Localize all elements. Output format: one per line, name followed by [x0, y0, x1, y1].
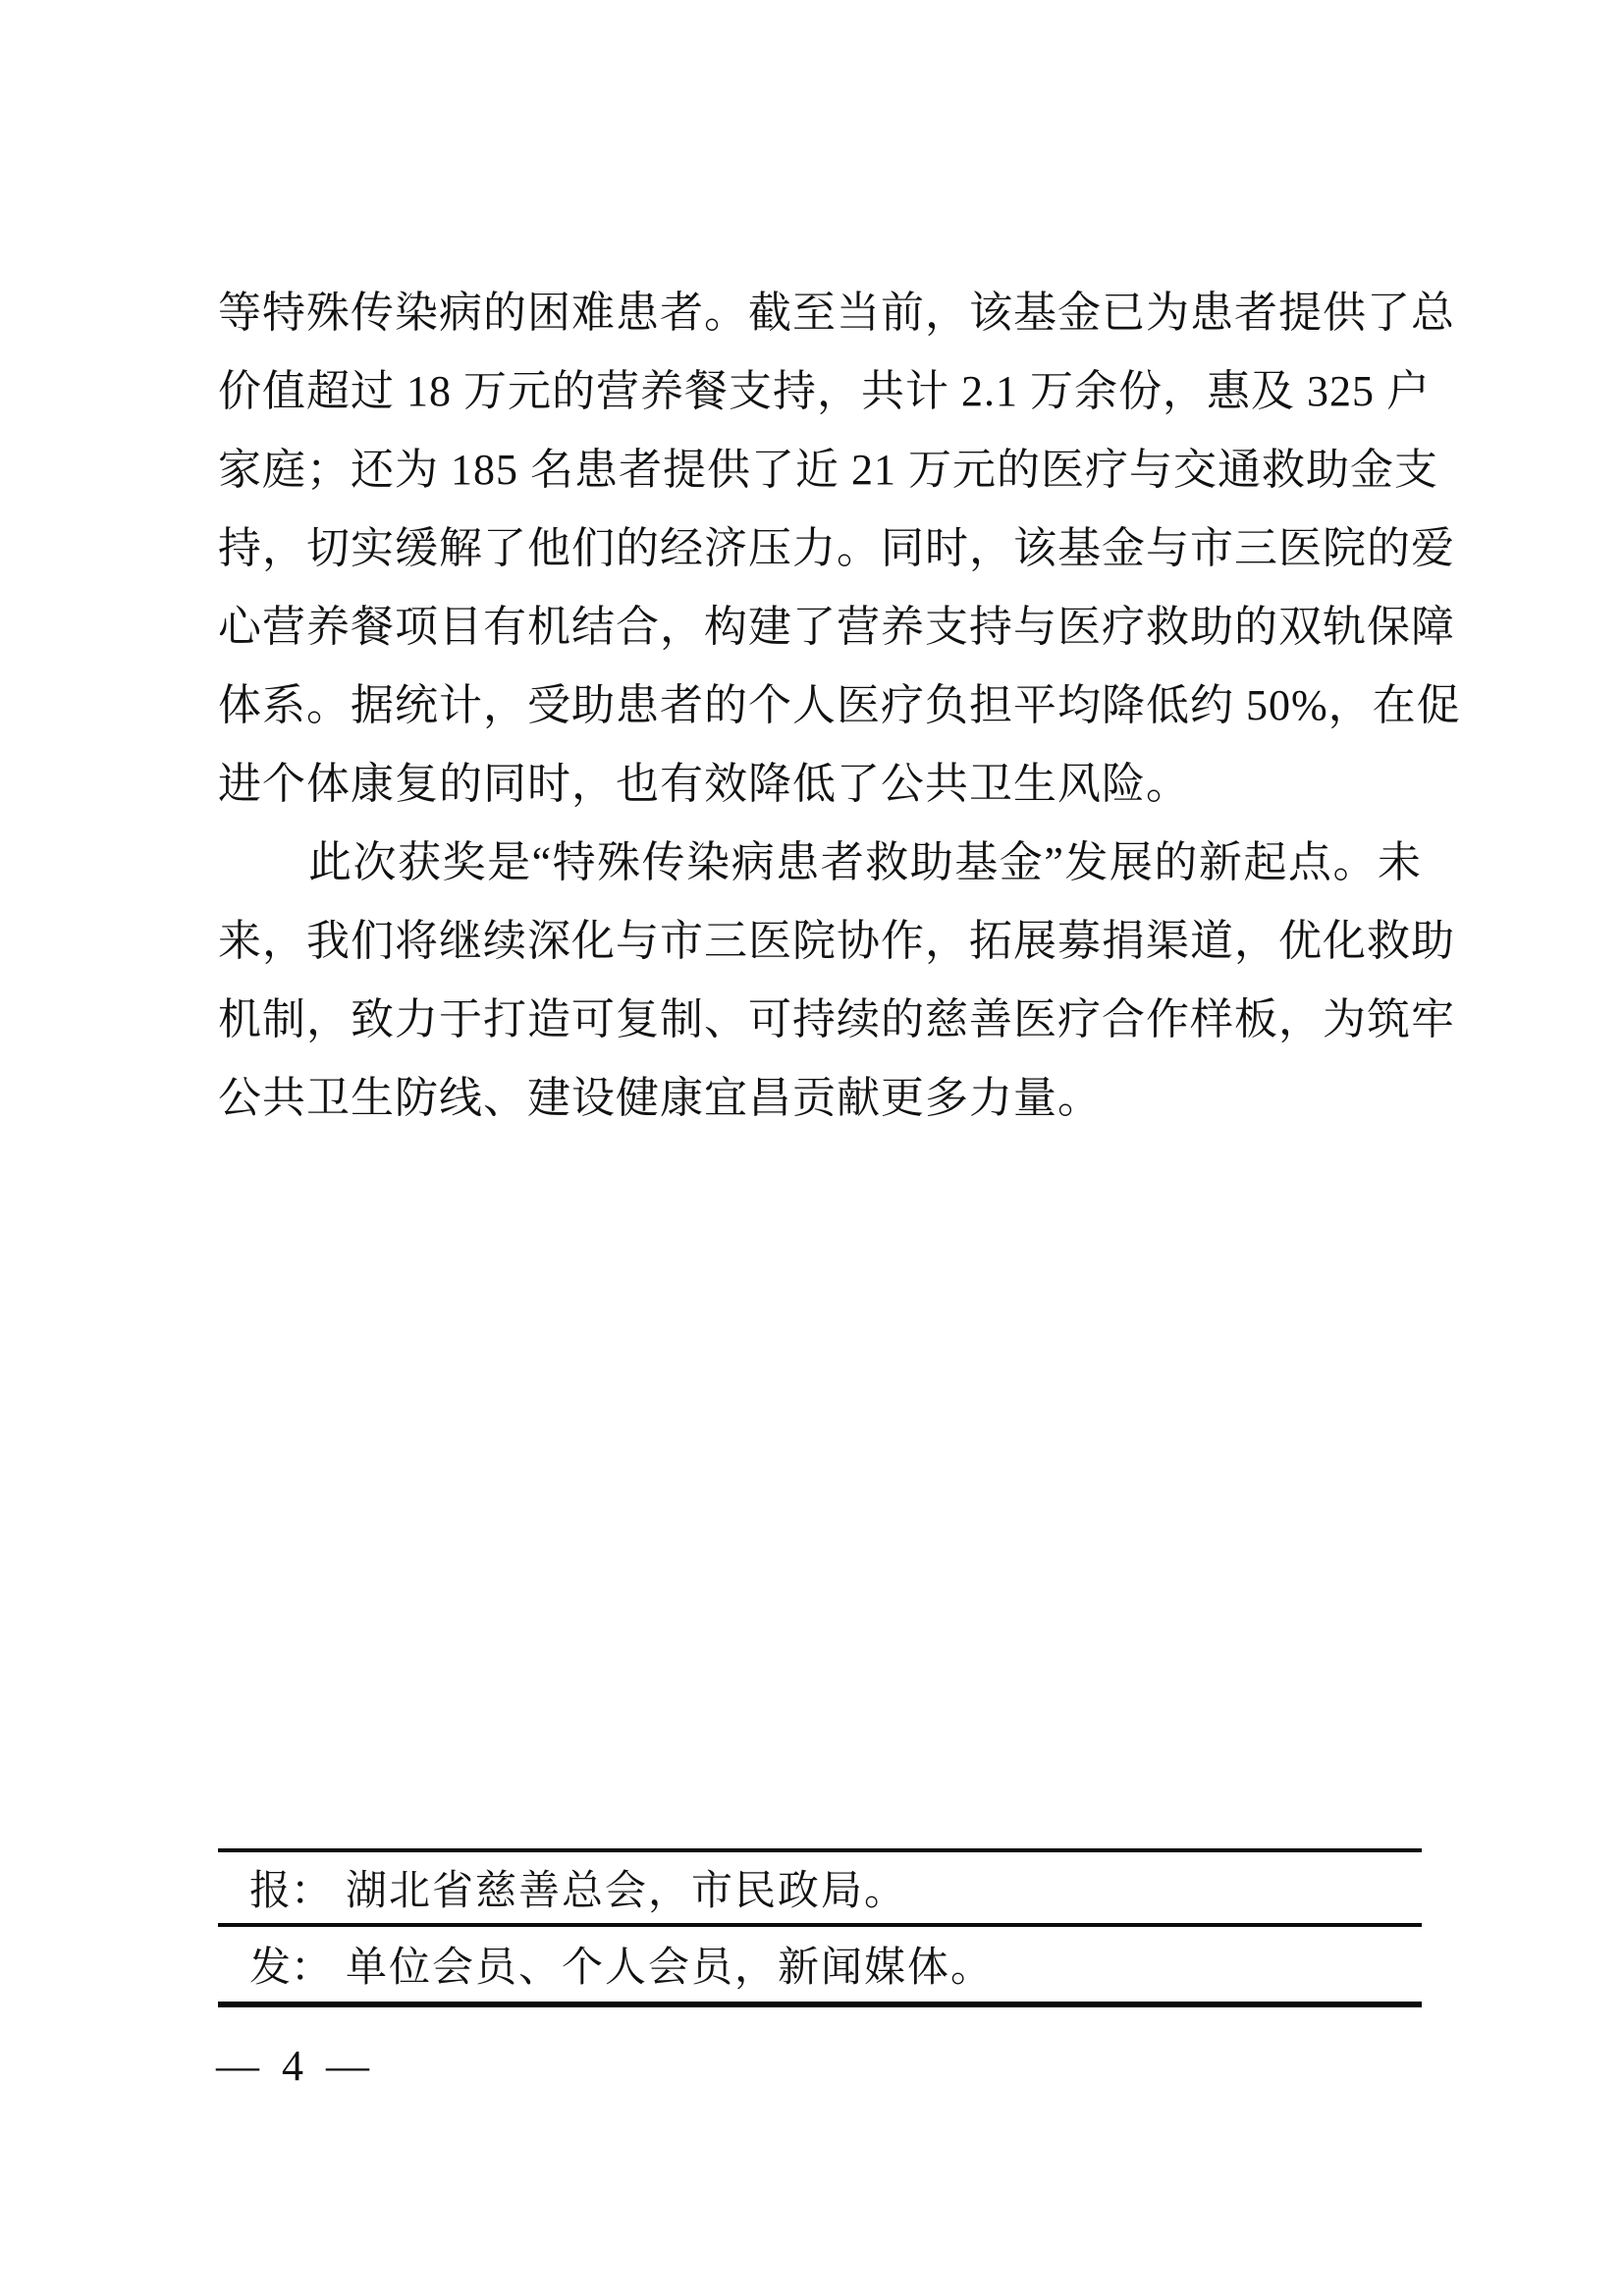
issued-to-label: 发：	[249, 1935, 332, 1994]
body-line: 来，我们将继续深化与市三医院协作，拓展募捐渠道，优化救助	[218, 902, 1422, 981]
body-line: 价值超过 18 万元的营养餐支持，共计 2.1 万余份，惠及 325 户	[218, 352, 1422, 431]
body-line: 等特殊传染病的困难患者。截至当前，该基金已为患者提供了总	[218, 274, 1422, 352]
report-to-row: 报： 湖北省慈善总会，市民政局。	[218, 1852, 1422, 1927]
body-line: 持，切实缓解了他们的经济压力。同时，该基金与市三医院的爱	[218, 509, 1422, 588]
body-line: 家庭；还为 185 名患者提供了近 21 万元的医疗与交通救助金支	[218, 431, 1422, 509]
issued-to-text: 单位会员、个人会员，新闻媒体。	[346, 1935, 994, 1994]
body-line: 体系。据统计，受助患者的个人医疗负担平均降低约 50%，在促	[218, 667, 1422, 745]
body-line-paragraph-end: 进个体康复的同时，也有效降低了公共卫生风险。	[218, 745, 1422, 824]
page-number: — 4 —	[216, 2045, 375, 2088]
document-page: 等特殊传染病的困难患者。截至当前，该基金已为患者提供了总 价值超过 18 万元的…	[0, 0, 1624, 2296]
issued-to-row: 发： 单位会员、个人会员，新闻媒体。	[218, 1927, 1422, 2002]
body-line-paragraph-end: 公共卫生防线、建设健康宜昌贡献更多力量。	[218, 1059, 1422, 1138]
document-body: 等特殊传染病的困难患者。截至当前，该基金已为患者提供了总 价值超过 18 万元的…	[218, 274, 1422, 1138]
distribution-block: 报： 湖北省慈善总会，市民政局。 发： 单位会员、个人会员，新闻媒体。	[218, 1848, 1422, 2007]
report-to-label: 报：	[249, 1858, 332, 1917]
report-to-text: 湖北省慈善总会，市民政局。	[346, 1858, 907, 1917]
body-line: 机制，致力于打造可复制、可持续的慈善医疗合作样板，为筑牢	[218, 981, 1422, 1059]
body-line: 心营养餐项目有机结合，构建了营养支持与医疗救助的双轨保障	[218, 588, 1422, 667]
body-line-paragraph-start: 此次获奖是“特殊传染病患者救助基金”发展的新起点。未	[218, 824, 1422, 902]
